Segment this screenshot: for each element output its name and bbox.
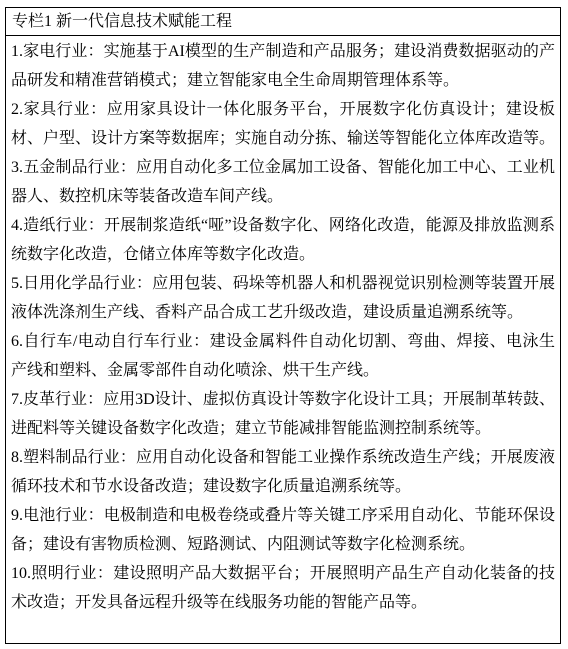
industry-item-appliance: 1.家电行业：实施基于AI模型的生产制造和产品服务；建设消费数据驱动的产品研发和… bbox=[11, 38, 555, 95]
industry-item-hardware: 3.五金制品行业：应用自动化多工位金属加工设备、智能化加工中心、工业机器人、数控… bbox=[11, 154, 555, 211]
column-body: 1.家电行业：实施基于AI模型的生产制造和产品服务；建设消费数据驱动的产品研发和… bbox=[6, 36, 560, 617]
industry-item-lighting: 10.照明行业：建设照明产品大数据平台；开展照明产品生产自动化装备的技术改造；开… bbox=[11, 560, 555, 617]
special-column-box: 专栏1 新一代信息技术赋能工程 1.家电行业：实施基于AI模型的生产制造和产品服… bbox=[5, 7, 561, 644]
column-title: 专栏1 新一代信息技术赋能工程 bbox=[6, 8, 560, 36]
industry-item-papermaking: 4.造纸行业：开展制浆造纸“哑”设备数字化、网络化改造，能源及排放监测系统数字化… bbox=[11, 212, 555, 269]
industry-item-plastic: 8.塑料制品行业：应用自动化设备和智能工业操作系统改造生产线；开展废液循环技术和… bbox=[11, 444, 555, 501]
industry-item-furniture: 2.家具行业：应用家具设计一体化服务平台，开展数字化仿真设计；建设板材、户型、设… bbox=[11, 96, 555, 153]
industry-item-leather: 7.皮革行业：应用3D设计、虚拟仿真设计等数字化设计工具；开展制革转鼓、进配料等… bbox=[11, 386, 555, 443]
industry-item-daily-chemical: 5.日用化学品行业：应用包装、码垛等机器人和机器视觉识别检测等装置开展液体洗涤剂… bbox=[11, 270, 555, 327]
industry-item-battery: 9.电池行业：电极制造和电极卷绕或叠片等关键工序采用自动化、节能环保设备；建设有… bbox=[11, 502, 555, 559]
industry-item-bicycle: 6.自行车/电动自行车行业：建设金属料件自动化切割、弯曲、焊接、电泳生产线和塑料… bbox=[11, 328, 555, 385]
